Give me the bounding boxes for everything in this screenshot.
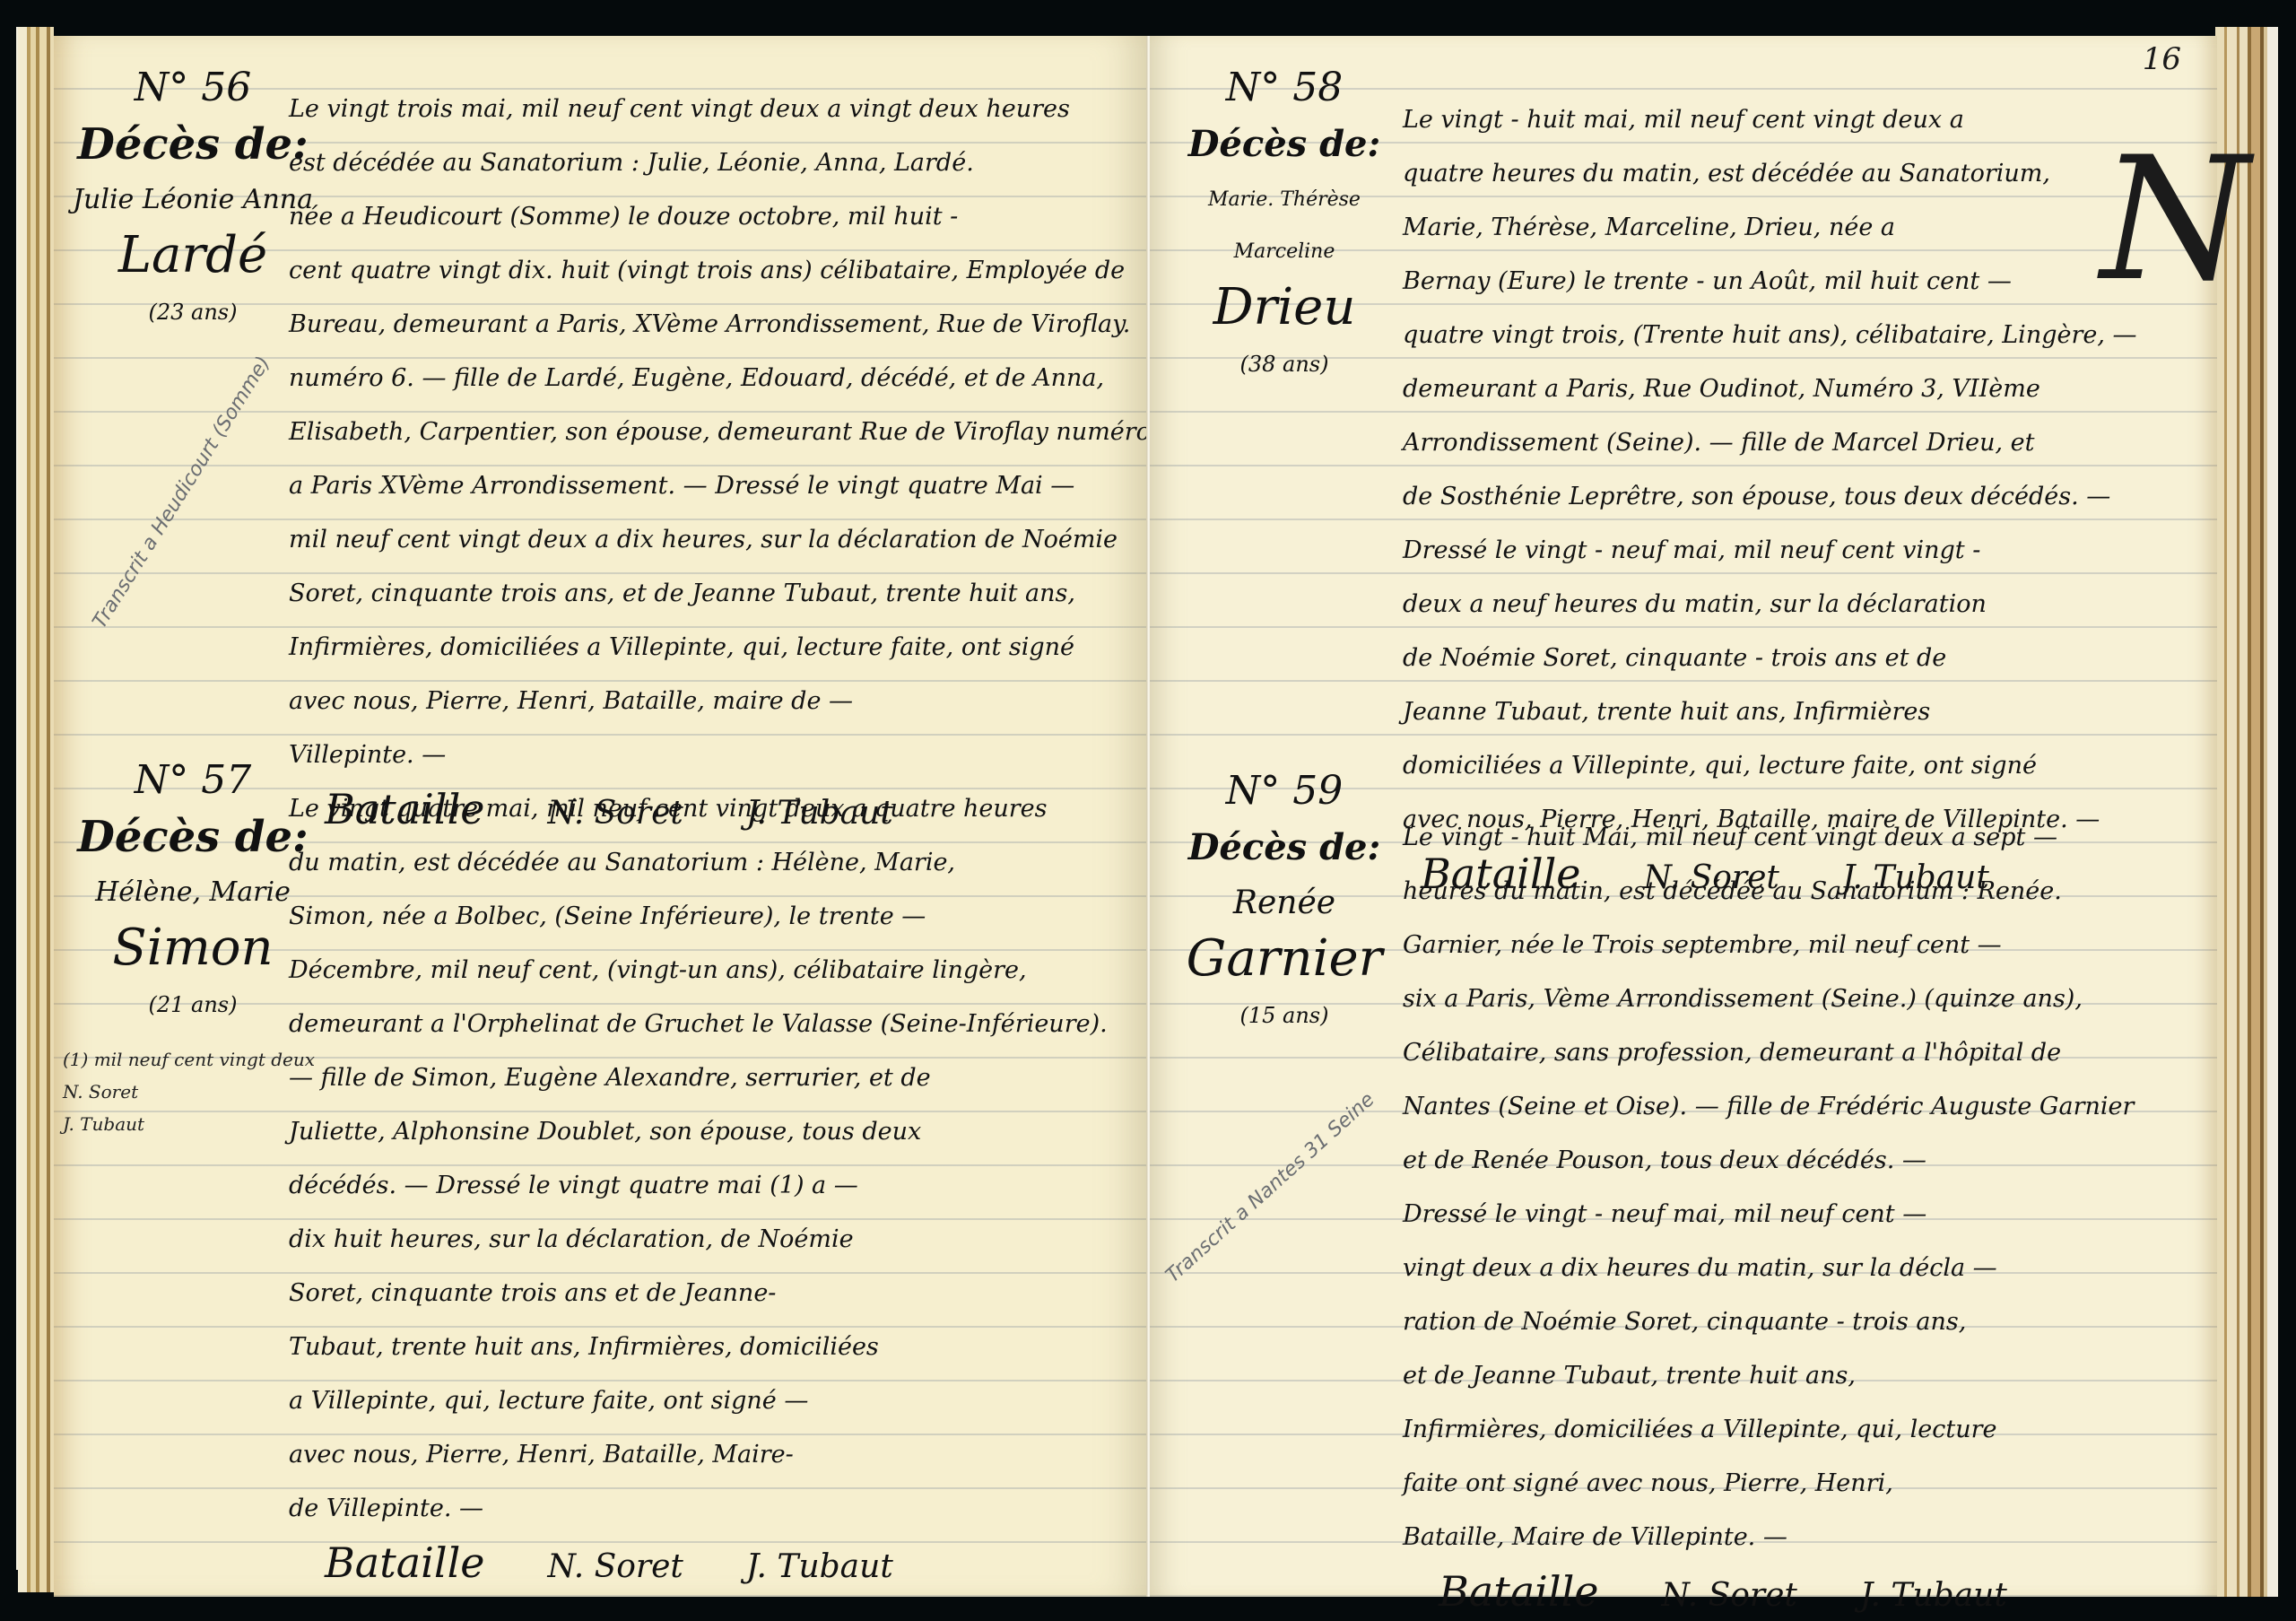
- text-line: Le vingt quatre mai, mil neuf cent vingt…: [289, 782, 1141, 836]
- surname: Lardé: [63, 226, 323, 285]
- text-line: quatre heures du matin, est décédée au S…: [1403, 147, 2192, 201]
- entry-title: Décès de:: [1159, 818, 1410, 877]
- margin-note-transcription: Transcrit a Heudicourt (Somme): [89, 353, 275, 632]
- entry-number: N° 59: [1159, 764, 1410, 818]
- text-line: Bataille, Maire de Villepinte. —: [1403, 1511, 2192, 1564]
- age: (15 ans): [1159, 989, 1410, 1042]
- text-line: Jeanne Tubaut, trente huit ans, Infirmiè…: [1403, 685, 2192, 739]
- text-line: Le vingt - huit mai, mil neuf cent vingt…: [1403, 93, 2192, 147]
- text-line: a Paris XVème Arrondissement. — Dressé l…: [289, 459, 1141, 513]
- text-line: heures du matin, est décédée au Sanatori…: [1403, 865, 2192, 919]
- text-line: et de Jeanne Tubaut, trente huit ans,: [1403, 1349, 2192, 1403]
- entry-59-header: N° 59 Décès de: Renée Garnier (15 ans): [1159, 764, 1410, 1042]
- entry-56-header: N° 56 Décès de: Julie Léonie Anna Lardé …: [63, 61, 323, 339]
- text-line: et de Renée Pouson, tous deux décédés. —: [1403, 1134, 2192, 1188]
- text-line: Décembre, mil neuf cent, (vingt-un ans),…: [289, 944, 1141, 998]
- text-line: de Noémie Soret, cinquante - trois ans e…: [1403, 632, 2192, 685]
- text-line: Dressé le vingt - neuf mai, mil neuf cen…: [1403, 1188, 2192, 1242]
- text-line: dix huit heures, sur la déclaration, de …: [289, 1213, 1141, 1267]
- text-line: Célibataire, sans profession, demeurant …: [1403, 1026, 2192, 1080]
- signature-mayor: Bataille: [325, 1536, 485, 1590]
- text-line: ration de Noémie Soret, cinquante - troi…: [1403, 1295, 2192, 1349]
- text-line: six a Paris, Vème Arrondissement (Seine.…: [1403, 972, 2192, 1026]
- entry-58-body: Le vingt - huit mai, mil neuf cent vingt…: [1403, 93, 2192, 901]
- surname: Simon: [63, 919, 323, 978]
- text-line: Elisabeth, Carpentier, son épouse, demeu…: [289, 405, 1141, 459]
- text-line: est décédée au Sanatorium : Julie, Léoni…: [289, 136, 1141, 190]
- text-line: demeurant a Paris, Rue Oudinot, Numéro 3…: [1403, 362, 2192, 416]
- text-line: vingt deux a dix heures du matin, sur la…: [1403, 1242, 2192, 1295]
- entry-number: N° 57: [63, 754, 323, 807]
- text-line: quatre vingt trois, (Trente huit ans), c…: [1403, 309, 2192, 362]
- page-number: 16: [2143, 41, 2181, 77]
- given-names: Renée: [1159, 877, 1410, 929]
- text-line: domiciliées a Villepinte, qui, lecture f…: [1403, 739, 2192, 793]
- signature-witness-1: N. Soret: [1662, 1569, 1797, 1621]
- signature-witness-2: J. Tubaut: [746, 1540, 893, 1594]
- text-line: a Villepinte, qui, lecture faite, ont si…: [289, 1374, 1141, 1428]
- entry-number: N° 56: [63, 61, 323, 115]
- text-line: Garnier, née le Trois septembre, mil neu…: [1403, 919, 2192, 972]
- text-line: — fille de Simon, Eugène Alexandre, serr…: [289, 1051, 1141, 1105]
- given-names: Hélène, Marie: [63, 867, 323, 919]
- left-page: N° 56 Décès de: Julie Léonie Anna Lardé …: [54, 36, 1150, 1597]
- text-line: avec nous, Pierre, Henri, Bataille, Mair…: [289, 1428, 1141, 1482]
- age: (38 ans): [1159, 337, 1410, 391]
- signature-mayor: Bataille: [1439, 1564, 1599, 1618]
- text-line: Le vingt trois mai, mil neuf cent vingt …: [289, 83, 1141, 136]
- text-line: née a Heudicourt (Somme) le douze octobr…: [289, 190, 1141, 244]
- margin-signature: J. Tubaut: [63, 1111, 323, 1137]
- entry-title: Décès de:: [1159, 115, 1410, 174]
- text-line: deux a neuf heures du matin, sur la décl…: [1403, 578, 2192, 632]
- text-line: Arrondissement (Seine). — fille de Marce…: [1403, 416, 2192, 470]
- text-line: Infirmières, domiciliées a Villepinte, q…: [1403, 1403, 2192, 1457]
- left-page-stack: [18, 27, 54, 1592]
- given-names: Marie. Thérèse Marceline: [1159, 174, 1410, 278]
- text-line: cent quatre vingt dix. huit (vingt trois…: [289, 244, 1141, 298]
- text-line: de Villepinte. —: [289, 1482, 1141, 1536]
- text-line: Tubaut, trente huit ans, Infirmières, do…: [289, 1320, 1141, 1374]
- text-line: avec nous, Pierre, Henri, Bataille, mair…: [289, 675, 1141, 728]
- margin-note-transcription: Transcrit a Nantes 31 Seine: [1161, 1088, 1378, 1287]
- text-line: de Sosthénie Leprêtre, son épouse, tous …: [1403, 470, 2192, 524]
- text-line: Juliette, Alphonsine Doublet, son épouse…: [289, 1105, 1141, 1159]
- text-line: Nantes (Seine et Oise). — fille de Frédé…: [1403, 1080, 2192, 1134]
- text-line: Dressé le vingt - neuf mai, mil neuf cen…: [1403, 524, 2192, 578]
- entry-56-body: Le vingt trois mai, mil neuf cent vingt …: [289, 83, 1141, 836]
- text-line: Bernay (Eure) le trente - un Août, mil h…: [1403, 255, 2192, 309]
- open-register-book: N° 56 Décès de: Julie Léonie Anna Lardé …: [0, 0, 2296, 1621]
- age: (21 ans): [63, 978, 323, 1032]
- text-line: mil neuf cent vingt deux a dix heures, s…: [289, 513, 1141, 567]
- text-line: décédés. — Dressé le vingt quatre mai (1…: [289, 1159, 1141, 1213]
- entry-59-body: Le vingt - huit Mai, mil neuf cent vingt…: [1403, 811, 2192, 1618]
- text-line: Simon, née a Bolbec, (Seine Inférieure),…: [289, 890, 1141, 944]
- right-page: 16 N° 58 Décès de: Marie. Thérèse Marcel…: [1150, 36, 2217, 1597]
- surname: Garnier: [1159, 929, 1410, 989]
- surname: Drieu: [1159, 278, 1410, 337]
- text-line: Bureau, demeurant a Paris, XVème Arrondi…: [289, 298, 1141, 352]
- signatures: Bataille N. Soret J. Tubaut: [289, 1536, 1141, 1590]
- margin-signature: N. Soret: [63, 1078, 323, 1105]
- text-line: demeurant a l'Orphelinat de Gruchet le V…: [289, 998, 1141, 1051]
- entry-57-body: Le vingt quatre mai, mil neuf cent vingt…: [289, 782, 1141, 1590]
- text-line: Soret, cinquante trois ans, et de Jeanne…: [289, 567, 1141, 621]
- margin-note-correction: (1) mil neuf cent vingt deux: [63, 1046, 323, 1073]
- text-line: du matin, est décédée au Sanatorium : Hé…: [289, 836, 1141, 890]
- text-line: Le vingt - huit Mai, mil neuf cent vingt…: [1403, 811, 2192, 865]
- signatures: Bataille N. Soret J. Tubaut: [1403, 1564, 2192, 1618]
- text-line: Infirmières, domiciliées a Villepinte, q…: [289, 621, 1141, 675]
- given-names: Julie Léonie Anna: [63, 174, 323, 226]
- text-line: Villepinte. —: [289, 728, 1141, 782]
- signature-witness-2: J. Tubaut: [1860, 1569, 2007, 1621]
- entry-title: Décès de:: [63, 807, 323, 867]
- text-line: numéro 6. — fille de Lardé, Eugène, Edou…: [289, 352, 1141, 405]
- entry-58-header: N° 58 Décès de: Marie. Thérèse Marceline…: [1159, 61, 1410, 391]
- age: (23 ans): [63, 285, 323, 339]
- signature-witness-1: N. Soret: [548, 1540, 683, 1594]
- text-line: Soret, cinquante trois ans et de Jeanne-: [289, 1267, 1141, 1320]
- text-line: Marie, Thérèse, Marceline, Drieu, née a: [1403, 201, 2192, 255]
- entry-57-header: N° 57 Décès de: Hélène, Marie Simon (21 …: [63, 754, 323, 1137]
- text-line: faite ont signé avec nous, Pierre, Henri…: [1403, 1457, 2192, 1511]
- entry-title: Décès de:: [63, 115, 323, 174]
- entry-number: N° 58: [1159, 61, 1410, 115]
